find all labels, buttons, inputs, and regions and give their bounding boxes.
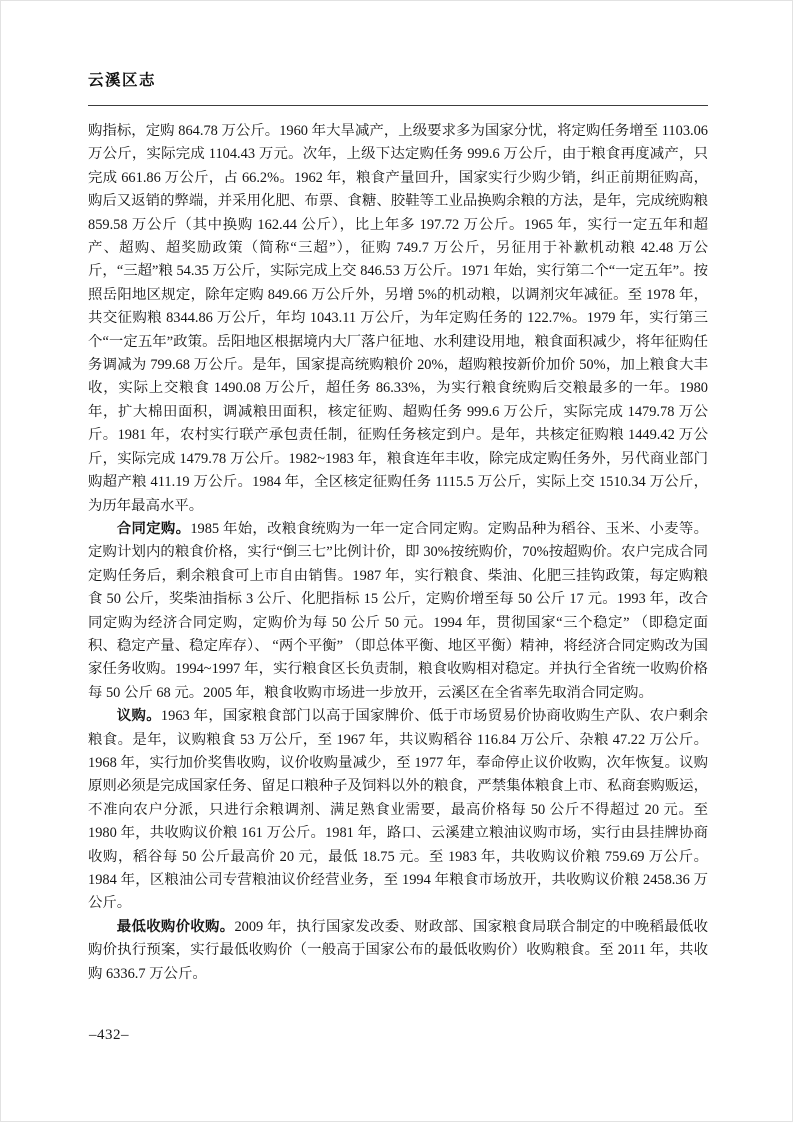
book-title: 云溪区志 — [88, 71, 156, 89]
running-head: 云溪区志 — [88, 71, 156, 89]
paragraph-text: 1963 年，国家粮食部门以高于国家牌价、低于市场贸易价协商收购生产队、农户剩余… — [88, 708, 708, 911]
body-text: 购指标，定购 864.78 万公斤。1960 年大旱减产，上级要求多为国家分忧，… — [88, 120, 708, 986]
paragraph-text: 购指标，定购 864.78 万公斤。1960 年大旱减产，上级要求多为国家分忧，… — [88, 123, 708, 514]
document-page: 云溪区志 购指标，定购 864.78 万公斤。1960 年大旱减产，上级要求多为… — [0, 0, 793, 1122]
page-number: –432– — [89, 1027, 129, 1044]
header-rule — [88, 105, 708, 106]
paragraph-lead: 合同定购。 — [117, 521, 191, 537]
paragraph-lead: 最低收购价收购。 — [117, 919, 235, 935]
paragraph-text: 1985 年始，改粮食统购为一年一定合同定购。定购品种为稻谷、玉米、小麦等。定购… — [88, 521, 708, 701]
paragraph-negotiated-purchase: 议购。1963 年，国家粮食部门以高于国家牌价、低于市场贸易价协商收购生产队、农… — [88, 705, 708, 916]
paragraph-lead: 议购。 — [117, 708, 161, 724]
paragraph-state-purchase-continuation: 购指标，定购 864.78 万公斤。1960 年大旱减产，上级要求多为国家分忧，… — [88, 120, 708, 518]
paragraph-minimum-price-purchase: 最低收购价收购。2009 年，执行国家发改委、财政部、国家粮食局联合制定的中晚稻… — [88, 916, 708, 986]
paragraph-contract-purchase: 合同定购。1985 年始，改粮食统购为一年一定合同定购。定购品种为稻谷、玉米、小… — [88, 518, 708, 705]
